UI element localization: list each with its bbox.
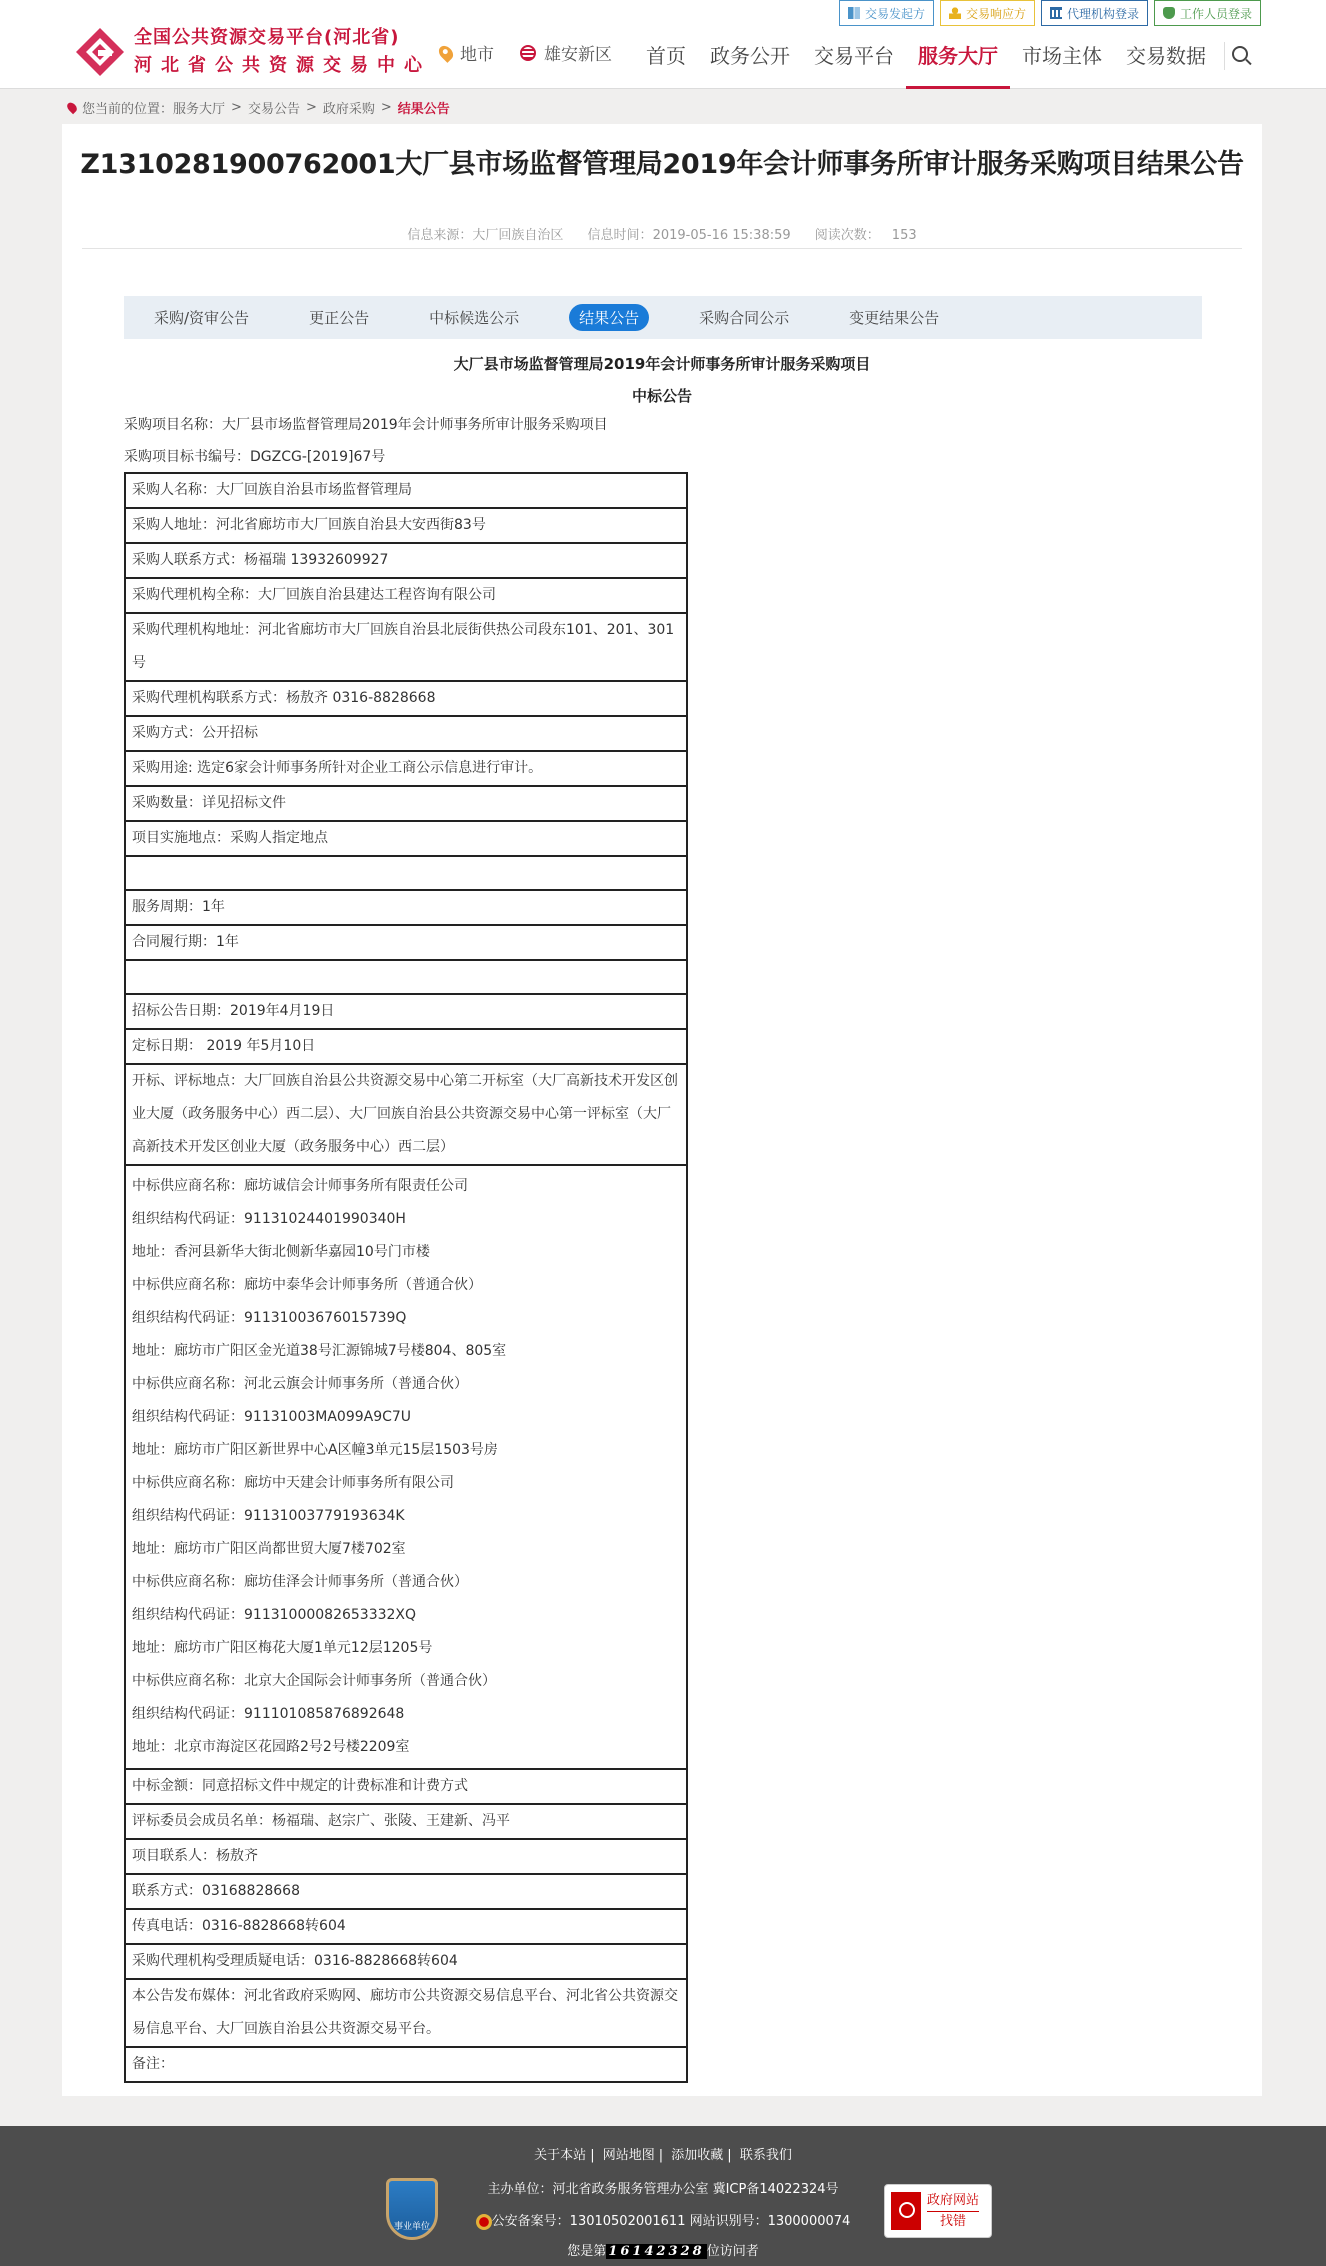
trade-initiator-label: 交易发起方 <box>865 5 925 22</box>
table-cell: 采购用途: 选定6家会计师事务所针对企业工商公示信息进行审计。 <box>125 751 687 786</box>
supplier-code: 组织结构代码证：91131024401990340H <box>132 1203 680 1236</box>
agency-login-button[interactable]: 代理机构登录 <box>1041 0 1148 26</box>
table-row <box>125 856 687 890</box>
table-row: 评标委员会成员名单：杨福瑞、赵宗广、张陵、王建新、冯平 <box>125 1804 687 1839</box>
table-cell: 采购人名称：大厂回族自治县市场监督管理局 <box>125 473 687 508</box>
nav-divider <box>1224 42 1225 70</box>
gov-badge-line2: 找错 <box>927 2212 979 2232</box>
document-heading-line2: 中标公告 <box>62 380 1262 412</box>
logo-line1: 全国公共资源交易平台(河北省) <box>134 24 431 52</box>
police-record-text: 公安备案号：13010502001611 网站识别号：1300000074 <box>492 2214 851 2229</box>
supplier-address: 地址：廊坊市广阳区金光道38号汇源锦城7号楼804、805室 <box>132 1335 680 1368</box>
site-logo-text[interactable]: 全国公共资源交易平台(河北省) 河北省公共资源交易中心 <box>134 24 431 80</box>
table-cell: 采购方式：公开招标 <box>125 716 687 751</box>
table-cell: 招标公告日期：2019年4月19日 <box>125 994 687 1029</box>
gov-badge-text: 政府网站 找错 <box>927 2191 979 2232</box>
grid-icon <box>848 7 860 19</box>
table-cell: 中标金额：同意招标文件中规定的计费标准和计费方式 <box>125 1769 687 1804</box>
table-cell: 采购人地址：河北省廊坊市大厂回族自治县大安西街83号 <box>125 508 687 543</box>
table-row: 联系方式：03168828668 <box>125 1874 687 1909</box>
table-cell: 开标、评标地点：大厂回族自治县公共资源交易中心第二开标室（大厂高新技术开发区创业… <box>125 1064 687 1165</box>
table-row: 合同履行期：1年 <box>125 925 687 960</box>
footer-links: 关于本站| 网站地图| 添加收藏| 联系我们 <box>0 2144 1326 2163</box>
table-cell: 服务周期：1年 <box>125 890 687 925</box>
visitor-prefix: 您是第 <box>567 2244 606 2259</box>
table-cell: 采购代理机构地址：河北省廊坊市大厂回族自治县北辰街供热公司段东101、201、3… <box>125 613 687 681</box>
search-icon[interactable] <box>1232 46 1248 62</box>
quick-links: 交易发起方 交易响应方 代理机构登录 工作人员登录 <box>839 0 1261 26</box>
supplier-code: 组织结构代码证：91131003MA099A9C7U <box>132 1401 680 1434</box>
nav-trade-data[interactable]: 交易数据 <box>1114 36 1218 89</box>
breadcrumb: 您当前的位置： 服务大厅> 交易公告> 政府采购> 结果公告 <box>68 98 450 117</box>
tab-correction-notice[interactable]: 更正公告 <box>299 304 379 331</box>
table-cell: 合同履行期：1年 <box>125 925 687 960</box>
document-heading-line1: 大厂县市场监督管理局2019年会计师事务所审计服务采购项目 <box>62 348 1262 380</box>
city-link-label: 地市 <box>460 40 494 65</box>
visitor-counter: 您是第16142328位访问者 <box>0 2240 1326 2259</box>
supplier-code: 组织结构代码证：91131003779193634K <box>132 1500 680 1533</box>
table-cell: 本公告发布媒体：河北省政府采购网、廊坊市公共资源交易信息平台、河北省公共资源交易… <box>125 1979 687 2047</box>
table-row: 采购人名称：大厂回族自治县市场监督管理局 <box>125 473 687 508</box>
shield-icon <box>1163 7 1175 19</box>
nav-service-hall[interactable]: 服务大厅 <box>906 36 1010 89</box>
document-heading: 大厂县市场监督管理局2019年会计师事务所审计服务采购项目 中标公告 <box>62 348 1262 412</box>
table-row: 采购方式：公开招标 <box>125 716 687 751</box>
table-row: 采购用途: 选定6家会计师事务所针对企业工商公示信息进行审计。 <box>125 751 687 786</box>
breadcrumb-current: 结果公告 <box>398 98 450 117</box>
winning-suppliers-cell: 中标供应商名称：廊坊诚信会计师事务所有限责任公司组织结构代码证：91131024… <box>125 1165 687 1769</box>
article-meta: 信息来源：大厂回族自治区 信息时间：2019-05-16 15:38:59 阅读… <box>62 224 1262 243</box>
magnifier-icon <box>891 2192 921 2230</box>
table-cell: 备注： <box>125 2047 687 2082</box>
table-row: 采购代理机构受理质疑电话：0316-8828668转604 <box>125 1944 687 1979</box>
breadcrumb-prefix: 您当前的位置： <box>82 98 173 117</box>
police-emblem-icon <box>476 2214 492 2230</box>
trade-responder-button[interactable]: 交易响应方 <box>940 0 1035 26</box>
footer-sponsor: 主办单位：河北省政务服务管理办公室 冀ICP备14022324号 <box>0 2178 1326 2197</box>
city-link[interactable]: 地市 <box>440 40 494 65</box>
supplier-name: 中标供应商名称：廊坊佳泽会计师事务所（普通合伙） <box>132 1566 680 1599</box>
site-footer: 关于本站| 网站地图| 添加收藏| 联系我们 事业单位 主办单位：河北省政务服务… <box>0 2126 1326 2266</box>
supplier-name: 中标供应商名称：廊坊中泰华会计师事务所（普通合伙） <box>132 1269 680 1302</box>
info-source: 信息来源：大厂回族自治区 <box>407 228 563 243</box>
table-row: 采购人地址：河北省廊坊市大厂回族自治县大安西街83号 <box>125 508 687 543</box>
table-cell: 采购代理机构受理质疑电话：0316-8828668转604 <box>125 1944 687 1979</box>
footer-link-about[interactable]: 关于本站 <box>534 2148 586 2163</box>
table-row: 招标公告日期：2019年4月19日 <box>125 994 687 1029</box>
table-row: 服务周期：1年 <box>125 890 687 925</box>
table-cell: 项目实施地点：采购人指定地点 <box>125 821 687 856</box>
table-cell: 联系方式：03168828668 <box>125 1874 687 1909</box>
trade-initiator-button[interactable]: 交易发起方 <box>839 0 934 26</box>
location-links: 地市 雄安新区 <box>440 40 612 65</box>
title-divider <box>82 248 1242 249</box>
supplier-address: 地址：廊坊市广阳区新世界中心A区幢3单元15层1503号房 <box>132 1434 680 1467</box>
logo-icon[interactable] <box>74 26 126 78</box>
location-pin-icon <box>65 101 78 114</box>
table-cell <box>125 856 687 890</box>
gov-site-error-report-button[interactable]: 政府网站 找错 <box>884 2184 992 2238</box>
table-row: 定标日期： 2019 年5月10日 <box>125 1029 687 1064</box>
project-name: 采购项目名称：大厂县市场监督管理局2019年会计师事务所审计服务采购项目 <box>124 414 608 434</box>
project-number: 采购项目标书编号：DGZCG-[2019]67号 <box>124 446 385 466</box>
table-cell: 采购代理机构全称：大厂回族自治县建达工程咨询有限公司 <box>125 578 687 613</box>
map-pin-icon <box>436 43 456 63</box>
notice-table: 采购人名称：大厂回族自治县市场监督管理局采购人地址：河北省廊坊市大厂回族自治县大… <box>124 472 688 2083</box>
breadcrumb-gov-procurement[interactable]: 政府采购 <box>323 98 375 117</box>
table-cell: 定标日期： 2019 年5月10日 <box>125 1029 687 1064</box>
supplier-address: 地址：北京市海淀区花园路2号2号楼2209室 <box>132 1731 680 1764</box>
page-title: Z1310281900762001大厂县市场监督管理局2019年会计师事务所审计… <box>62 142 1262 181</box>
supplier-name: 中标供应商名称：廊坊中天建会计师事务所有限公司 <box>132 1467 680 1500</box>
tab-result-notice[interactable]: 结果公告 <box>569 304 649 331</box>
footer-link-favorite[interactable]: 添加收藏 <box>671 2148 723 2163</box>
footer-police-record: 公安备案号：13010502001611 网站识别号：1300000074 <box>0 2210 1326 2230</box>
view-count: 阅读次数：153 <box>815 228 917 243</box>
table-cell: 传真电话：0316-8828668转604 <box>125 1909 687 1944</box>
nav-market-entities[interactable]: 市场主体 <box>1010 36 1114 89</box>
supplier-code: 组织结构代码证：91110108587689264​8 <box>132 1698 680 1731</box>
table-row: 采购代理机构全称：大厂回族自治县建达工程咨询有限公司 <box>125 578 687 613</box>
supplier-name: 中标供应商名称：北京大企国际会计师事务所（普通合伙） <box>132 1665 680 1698</box>
gov-badge-line1: 政府网站 <box>927 2191 979 2212</box>
article-card: Z1310281900762001大厂县市场监督管理局2019年会计师事务所审计… <box>62 124 1262 2096</box>
table-row: 项目实施地点：采购人指定地点 <box>125 821 687 856</box>
table-row: 采购数量：详见招标文件 <box>125 786 687 821</box>
main-nav: 首页 政务公开 交易平台 服务大厅 市场主体 交易数据 <box>634 36 1235 89</box>
footer-link-contact[interactable]: 联系我们 <box>740 2148 792 2163</box>
tab-procurement-notice[interactable]: 采购/资审公告 <box>144 304 259 331</box>
supplier-code: 组织结构代码证：91131000082653332XQ <box>132 1599 680 1632</box>
table-cell: 评标委员会成员名单：杨福瑞、赵宗广、张陵、王建新、冯平 <box>125 1804 687 1839</box>
logo-line2: 河北省公共资源交易中心 <box>134 52 431 80</box>
globe-icon <box>520 45 536 61</box>
table-row: 本公告发布媒体：河北省政府采购网、廊坊市公共资源交易信息平台、河北省公共资源交易… <box>125 1979 687 2047</box>
notice-tabs: 采购/资审公告 更正公告 中标候选公示 结果公告 采购合同公示 变更结果公告 <box>124 296 1202 339</box>
xiongan-link-label: 雄安新区 <box>544 40 612 65</box>
nav-gov-affairs[interactable]: 政务公开 <box>698 36 802 89</box>
nav-home[interactable]: 首页 <box>634 36 698 89</box>
bank-icon <box>1050 7 1062 19</box>
table-cell: 采购人联系方式：杨福瑞 13932609927 <box>125 543 687 578</box>
table-cell: 采购数量：详见招标文件 <box>125 786 687 821</box>
staff-login-label: 工作人员登录 <box>1180 5 1252 22</box>
visitor-suffix: 位访问者 <box>707 2244 759 2259</box>
table-cell: 采购代理机构联系方式：杨敖齐 0316-8828668 <box>125 681 687 716</box>
supplier-name: 中标供应商名称：廊坊诚信会计师事务所有限责任公司 <box>132 1170 680 1203</box>
supplier-name: 中标供应商名称：河北云旗会计师事务所（普通合伙） <box>132 1368 680 1401</box>
table-cell: 项目联系人：杨敖齐 <box>125 1839 687 1874</box>
trade-responder-label: 交易响应方 <box>966 5 1026 22</box>
staff-login-button[interactable]: 工作人员登录 <box>1154 0 1261 26</box>
supplier-code: 组织结构代码证：91131003676015739Q <box>132 1302 680 1335</box>
tab-candidate-notice[interactable]: 中标候选公示 <box>419 304 529 331</box>
table-row: 备注： <box>125 2047 687 2082</box>
agency-login-label: 代理机构登录 <box>1067 5 1139 22</box>
table-row <box>125 960 687 994</box>
xiongan-link[interactable]: 雄安新区 <box>520 40 612 65</box>
table-row: 传真电话：0316-8828668转604 <box>125 1909 687 1944</box>
supplier-address: 地址：香河县新华大街北侧新华嘉园10号门市楼 <box>132 1236 680 1269</box>
table-row: 采购代理机构地址：河北省廊坊市大厂回族自治县北辰街供热公司段东101、201、3… <box>125 613 687 681</box>
table-row: 项目联系人：杨敖齐 <box>125 1839 687 1874</box>
table-row: 中标供应商名称：廊坊诚信会计师事务所有限责任公司组织结构代码证：91131024… <box>125 1165 687 1769</box>
table-row: 中标金额：同意招标文件中规定的计费标准和计费方式 <box>125 1769 687 1804</box>
table-row: 采购代理机构联系方式：杨敖齐 0316-8828668 <box>125 681 687 716</box>
info-time: 信息时间：2019-05-16 15:38:59 <box>588 228 791 243</box>
footer-link-sitemap[interactable]: 网站地图 <box>603 2148 655 2163</box>
visitor-count: 16142328 <box>606 2244 706 2259</box>
nav-trade-platform[interactable]: 交易平台 <box>802 36 906 89</box>
supplier-address: 地址：廊坊市广阳区尚都世贸大厦7楼702室 <box>132 1533 680 1566</box>
breadcrumb-trade-notice[interactable]: 交易公告 <box>248 98 300 117</box>
table-cell <box>125 960 687 994</box>
site-header: 全国公共资源交易平台(河北省) 河北省公共资源交易中心 交易发起方 交易响应方 … <box>0 0 1326 89</box>
table-row: 开标、评标地点：大厂回族自治县公共资源交易中心第二开标室（大厂高新技术开发区创业… <box>125 1064 687 1165</box>
supplier-address: 地址：廊坊市广阳区梅花大厦1单元12层1205号 <box>132 1632 680 1665</box>
tab-contract-notice[interactable]: 采购合同公示 <box>689 304 799 331</box>
table-row: 采购人联系方式：杨福瑞 13932609927 <box>125 543 687 578</box>
breadcrumb-service-hall[interactable]: 服务大厅 <box>173 98 225 117</box>
tab-change-result-notice[interactable]: 变更结果公告 <box>839 304 949 331</box>
user-icon <box>949 7 961 19</box>
